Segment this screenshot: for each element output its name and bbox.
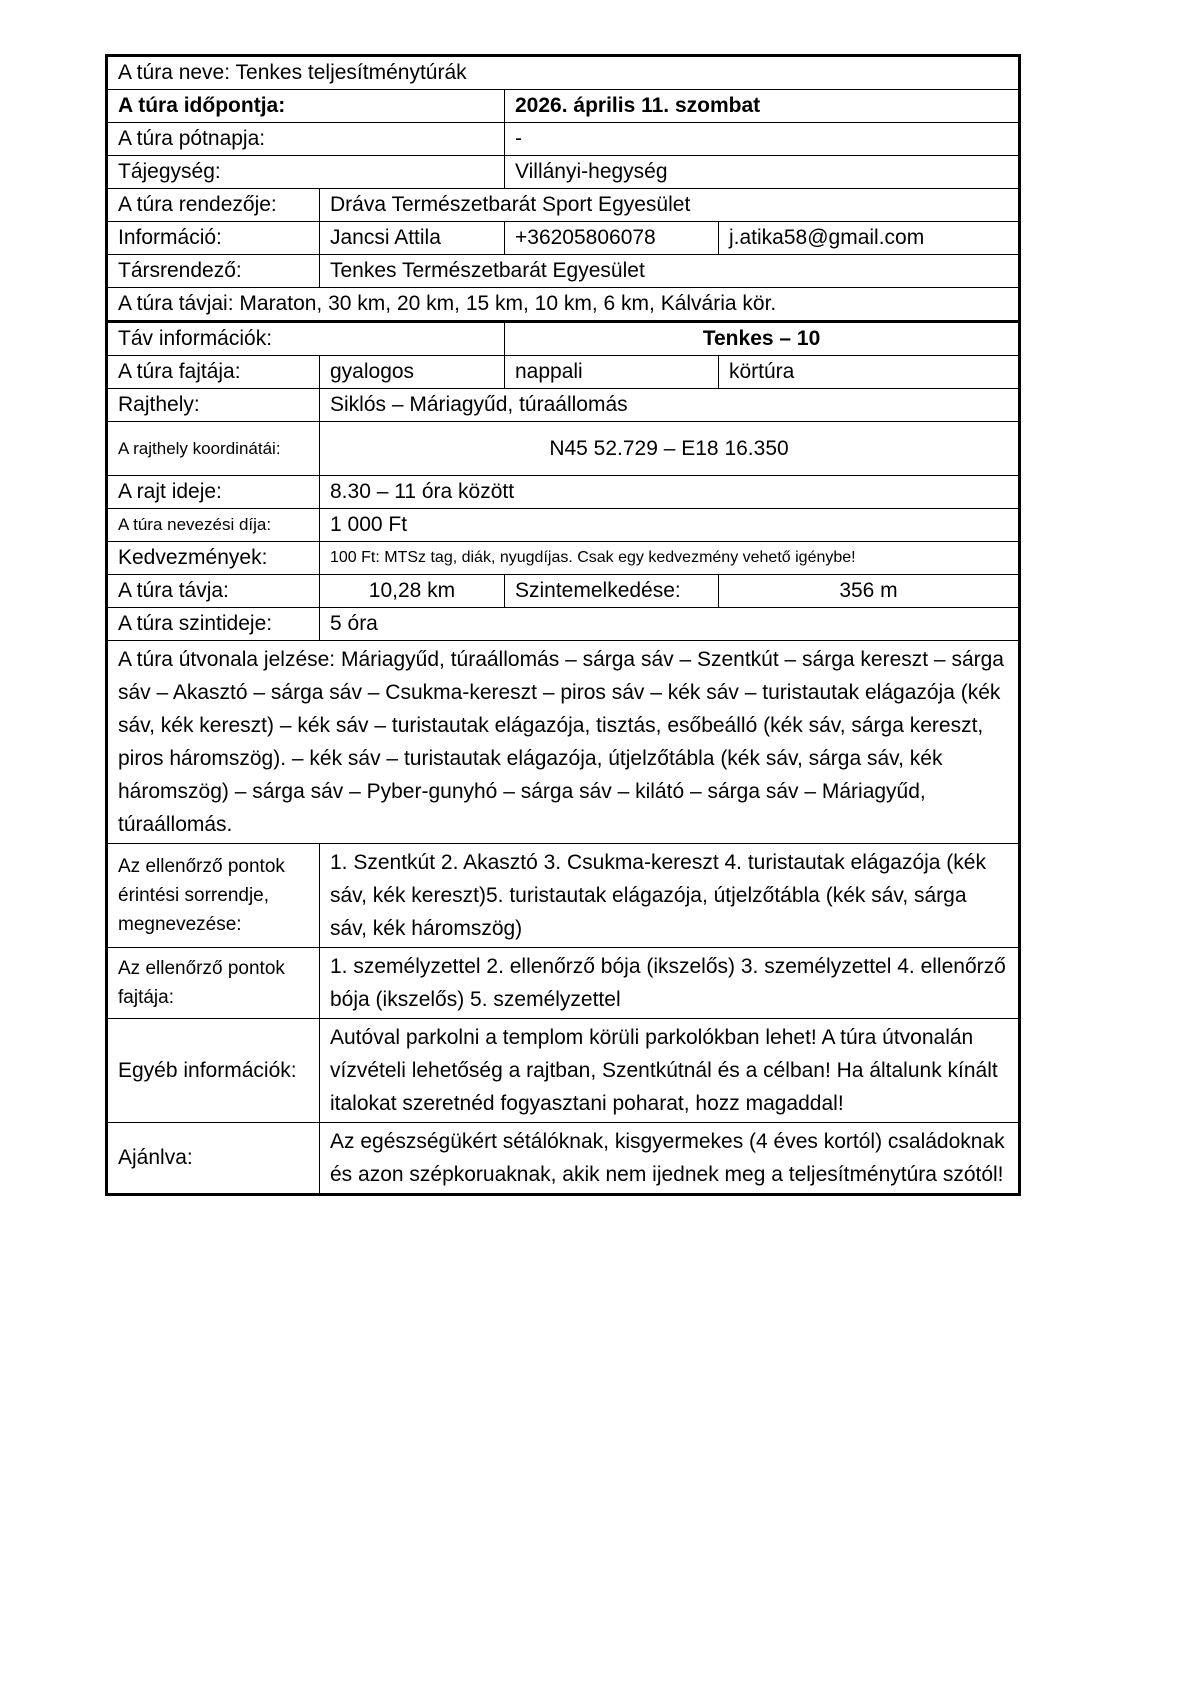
row-recommended: Ajánlva: Az egészségükért sétálóknak, ki… (107, 1123, 1020, 1195)
row-other-info: Egyéb információk: Autóval parkolni a te… (107, 1019, 1020, 1123)
start-coords-value: N45 52.729 – E18 16.350 (320, 422, 1020, 476)
distance-info-label: Táv információk: (107, 322, 505, 356)
backup-date-value: - (505, 123, 1020, 156)
tour-type-daytime: nappali (505, 356, 719, 389)
row-start-coords: A rajthely koordinátái: N45 52.729 – E18… (107, 422, 1020, 476)
checkpoint-order-label: Az ellenőrző pontok érintési sorrendje, … (107, 844, 320, 948)
time-limit-label: A túra szintideje: (107, 608, 320, 641)
checkpoint-type-label: Az ellenőrző pontok fajtája: (107, 948, 320, 1019)
info-contact-name: Jancsi Attila (320, 222, 505, 255)
checkpoint-type-value: 1. személyzettel 2. ellenőrző bója (iksz… (320, 948, 1020, 1019)
tour-info-sheet: A túra neve: Tenkes teljesítménytúrák A … (105, 54, 1018, 1196)
row-start-time: A rajt ideje: 8.30 – 11 óra között (107, 476, 1020, 509)
row-tour-type: A túra fajtája: gyalogos nappali körtúra (107, 356, 1020, 389)
route-description: A túra útvonala jelzése: Máriagyűd, túra… (107, 641, 1020, 844)
info-phone: +36205806078 (505, 222, 719, 255)
row-region: Tájegység: Villányi-hegység (107, 156, 1020, 189)
info-email: j.atika58@gmail.com (719, 222, 1020, 255)
region-value: Villányi-hegység (505, 156, 1020, 189)
discounts-value: 100 Ft: MTSz tag, diák, nyugdíjas. Csak … (320, 542, 1020, 575)
checkpoint-order-value: 1. Szentkút 2. Akasztó 3. Csukma-kereszt… (320, 844, 1020, 948)
fee-value: 1 000 Ft (320, 509, 1020, 542)
row-route: A túra útvonala jelzése: Máriagyűd, túra… (107, 641, 1020, 844)
other-info-value: Autóval parkolni a templom körüli parkol… (320, 1019, 1020, 1123)
discounts-label: Kedvezmények: (107, 542, 320, 575)
other-info-label: Egyéb információk: (107, 1019, 320, 1123)
row-backup-date: A túra pótnapja: - (107, 123, 1020, 156)
row-tour-date: A túra időpontja: 2026. április 11. szom… (107, 90, 1020, 123)
coorganizer-label: Társrendező: (107, 255, 320, 288)
start-place-label: Rajthely: (107, 389, 320, 422)
distances-list: A túra távjai: Maraton, 30 km, 20 km, 15… (107, 288, 1020, 322)
tour-type-mode: gyalogos (320, 356, 505, 389)
tour-info-table: A túra neve: Tenkes teljesítménytúrák A … (105, 54, 1021, 1196)
recommended-value: Az egészségükért sétálóknak, kisgyermeke… (320, 1123, 1020, 1195)
length-label: A túra távja: (107, 575, 320, 608)
start-time-value: 8.30 – 11 óra között (320, 476, 1020, 509)
row-coorganizer: Társrendező: Tenkes Természetbarát Egyes… (107, 255, 1020, 288)
fee-label: A túra nevezési díja: (107, 509, 320, 542)
row-time-limit: A túra szintideje: 5 óra (107, 608, 1020, 641)
elevation-label: Szintemelkedése: (505, 575, 719, 608)
info-label: Információ: (107, 222, 320, 255)
start-coords-label: A rajthely koordinátái: (107, 422, 320, 476)
backup-date-label: A túra pótnapja: (107, 123, 505, 156)
date-value: 2026. április 11. szombat (505, 90, 1020, 123)
row-length: A túra távja: 10,28 km Szintemelkedése: … (107, 575, 1020, 608)
row-checkpoint-order: Az ellenőrző pontok érintési sorrendje, … (107, 844, 1020, 948)
row-organizer: A túra rendezője: Dráva Természetbarát S… (107, 189, 1020, 222)
row-distances: A túra távjai: Maraton, 30 km, 20 km, 15… (107, 288, 1020, 322)
row-discounts: Kedvezmények: 100 Ft: MTSz tag, diák, ny… (107, 542, 1020, 575)
row-distance-header: Táv információk: Tenkes – 10 (107, 322, 1020, 356)
organizer-value: Dráva Természetbarát Sport Egyesület (320, 189, 1020, 222)
length-value: 10,28 km (320, 575, 505, 608)
organizer-label: A túra rendezője: (107, 189, 320, 222)
row-checkpoint-type: Az ellenőrző pontok fajtája: 1. személyz… (107, 948, 1020, 1019)
row-start-place: Rajthely: Siklós – Máriagyűd, túraállomá… (107, 389, 1020, 422)
row-fee: A túra nevezési díja: 1 000 Ft (107, 509, 1020, 542)
date-label: A túra időpontja: (107, 90, 505, 123)
tour-type-shape: körtúra (719, 356, 1020, 389)
time-limit-value: 5 óra (320, 608, 1020, 641)
tour-type-label: A túra fajtája: (107, 356, 320, 389)
recommended-label: Ajánlva: (107, 1123, 320, 1195)
region-label: Tájegység: (107, 156, 505, 189)
coorganizer-value: Tenkes Természetbarát Egyesület (320, 255, 1020, 288)
row-info: Információ: Jancsi Attila +36205806078 j… (107, 222, 1020, 255)
tour-name: A túra neve: Tenkes teljesítménytúrák (107, 56, 1020, 90)
distance-name: Tenkes – 10 (505, 322, 1020, 356)
row-tour-name: A túra neve: Tenkes teljesítménytúrák (107, 56, 1020, 90)
start-time-label: A rajt ideje: (107, 476, 320, 509)
start-place-value: Siklós – Máriagyűd, túraállomás (320, 389, 1020, 422)
elevation-value: 356 m (719, 575, 1020, 608)
